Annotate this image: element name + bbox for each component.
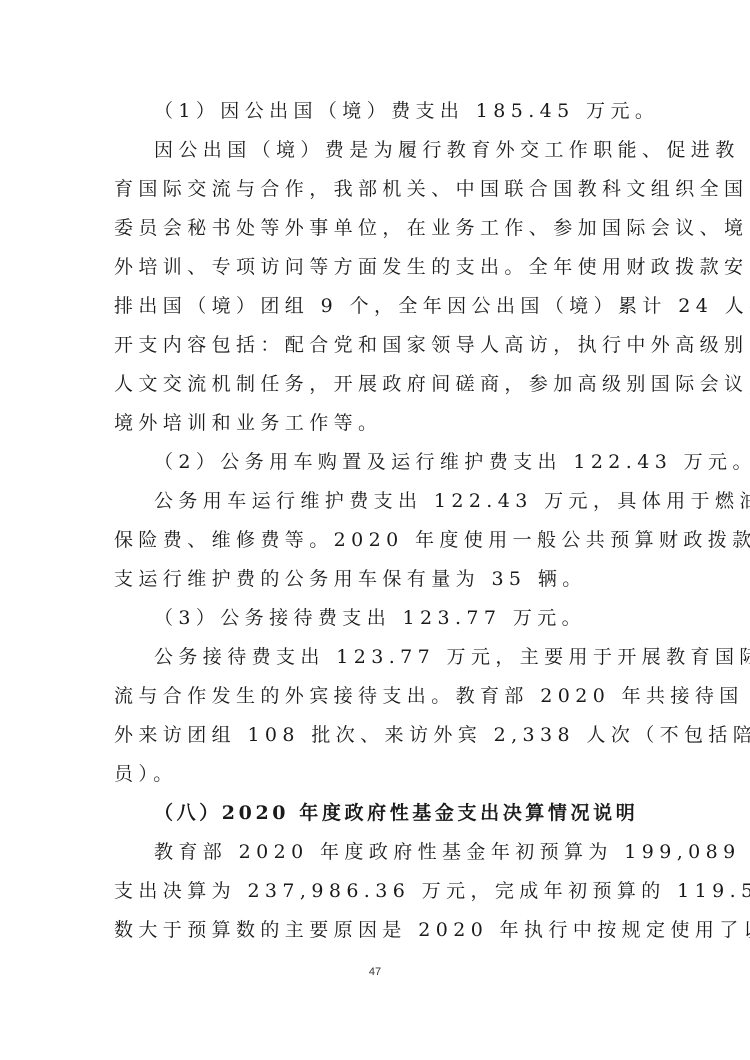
paragraph-line: 外培训、专项访问等方面发生的支出。全年使用财政拨款安 [114, 248, 636, 287]
paragraph-line: 外来访团组 108 批次、来访外宾 2,338 人次（不包括陪同人 [114, 716, 636, 755]
paragraph-line: 公务用车运行维护费支出 122.43 万元，具体用于燃油费、 [114, 482, 636, 521]
section-heading-government-fund: （八）2020 年度政府性基金支出决算情况说明 [114, 794, 636, 833]
paragraph-line: 员）。 [114, 755, 636, 794]
page-number: 47 [0, 966, 750, 978]
subsection-heading-overseas-travel: （1）因公出国（境）费支出 185.45 万元。 [114, 92, 636, 131]
paragraph-line: 境外培训和业务工作等。 [114, 404, 636, 443]
paragraph-line: 支出决算为 237,986.36 万元，完成年初预算的 119.5%。决算 [114, 872, 636, 911]
paragraph-line: 育国际交流与合作，我部机关、中国联合国教科文组织全国 [114, 170, 636, 209]
paragraph-line: 人文交流机制任务，开展政府间磋商，参加高级别国际会议， [114, 365, 636, 404]
paragraph-line: 排出国（境）团组 9 个，全年因公出国（境）累计 24 人次。 [114, 287, 636, 326]
document-page: （1）因公出国（境）费支出 185.45 万元。 因公出国（境）费是为履行教育外… [0, 0, 750, 1060]
paragraph-line: 数大于预算数的主要原因是 2020 年执行中按规定使用了以 [114, 911, 636, 950]
paragraph-line: 因公出国（境）费是为履行教育外交工作职能、促进教 [114, 131, 636, 170]
paragraph-line: 教育部 2020 年度政府性基金年初预算为 199,089 万元， [114, 833, 636, 872]
document-body: （1）因公出国（境）费支出 185.45 万元。 因公出国（境）费是为履行教育外… [114, 92, 636, 950]
paragraph-line: 流与合作发生的外宾接待支出。教育部 2020 年共接待国（境） [114, 677, 636, 716]
subsection-heading-vehicles: （2）公务用车购置及运行维护费支出 122.43 万元。 [114, 443, 636, 482]
paragraph-line: 公务接待费支出 123.77 万元，主要用于开展教育国际交 [114, 638, 636, 677]
paragraph-line: 委员会秘书处等外事单位，在业务工作、参加国际会议、境 [114, 209, 636, 248]
subsection-heading-reception: （3）公务接待费支出 123.77 万元。 [114, 599, 636, 638]
paragraph-line: 保险费、维修费等。2020 年度使用一般公共预算财政拨款开 [114, 521, 636, 560]
paragraph-line: 支运行维护费的公务用车保有量为 35 辆。 [114, 560, 636, 599]
paragraph-line: 开支内容包括：配合党和国家领导人高访，执行中外高级别 [114, 326, 636, 365]
